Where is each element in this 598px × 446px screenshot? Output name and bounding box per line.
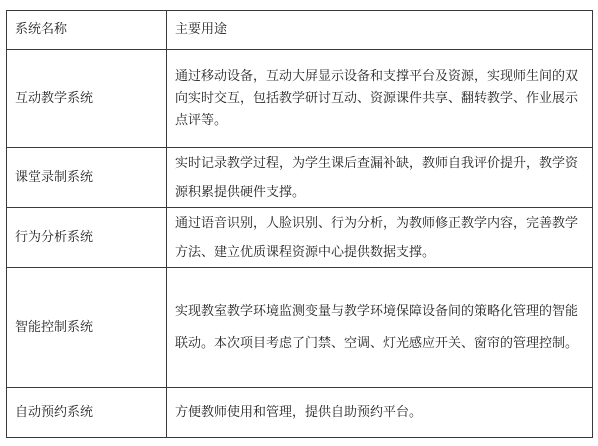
purpose-cell: 实时记录教学过程，为学生课后查漏补缺，教师自我评价提升，教学资源积累提供硬件支撑… <box>167 148 593 208</box>
systems-table: 系统名称 主要用途 互动教学系统 通过移动设备，互动大屏显示设备和支撑平台及资源… <box>6 10 593 438</box>
purpose-cell: 方便教师使用和管理，提供自助预约平台。 <box>167 388 593 438</box>
purpose-cell: 通过移动设备，互动大屏显示设备和支撑平台及资源，实现师生间的双向实时交互，包括教… <box>167 50 593 148</box>
system-name-cell: 行为分析系统 <box>7 208 167 268</box>
table-header-row: 系统名称 主要用途 <box>7 11 593 50</box>
table-row: 课堂录制系统 实时记录教学过程，为学生课后查漏补缺，教师自我评价提升，教学资源积… <box>7 148 593 208</box>
header-system-name: 系统名称 <box>7 11 167 50</box>
table-row: 自动预约系统 方便教师使用和管理，提供自助预约平台。 <box>7 388 593 438</box>
system-name-cell: 课堂录制系统 <box>7 148 167 208</box>
table-row: 智能控制系统 实现教室教学环境监测变量与教学环境保障设备间的策略化管理的智能联动… <box>7 268 593 388</box>
system-name-cell: 智能控制系统 <box>7 268 167 388</box>
table-row: 互动教学系统 通过移动设备，互动大屏显示设备和支撑平台及资源，实现师生间的双向实… <box>7 50 593 148</box>
system-name-cell: 互动教学系统 <box>7 50 167 148</box>
system-name-cell: 自动预约系统 <box>7 388 167 438</box>
table-row: 行为分析系统 通过语音识别，人脸识别、行为分析，为教师修正教学内容，完善教学方法… <box>7 208 593 268</box>
purpose-cell: 实现教室教学环境监测变量与教学环境保障设备间的策略化管理的智能联动。本次项目考虑… <box>167 268 593 388</box>
header-main-purpose: 主要用途 <box>167 11 593 50</box>
purpose-cell: 通过语音识别，人脸识别、行为分析，为教师修正教学内容，完善教学方法、建立优质课程… <box>167 208 593 268</box>
